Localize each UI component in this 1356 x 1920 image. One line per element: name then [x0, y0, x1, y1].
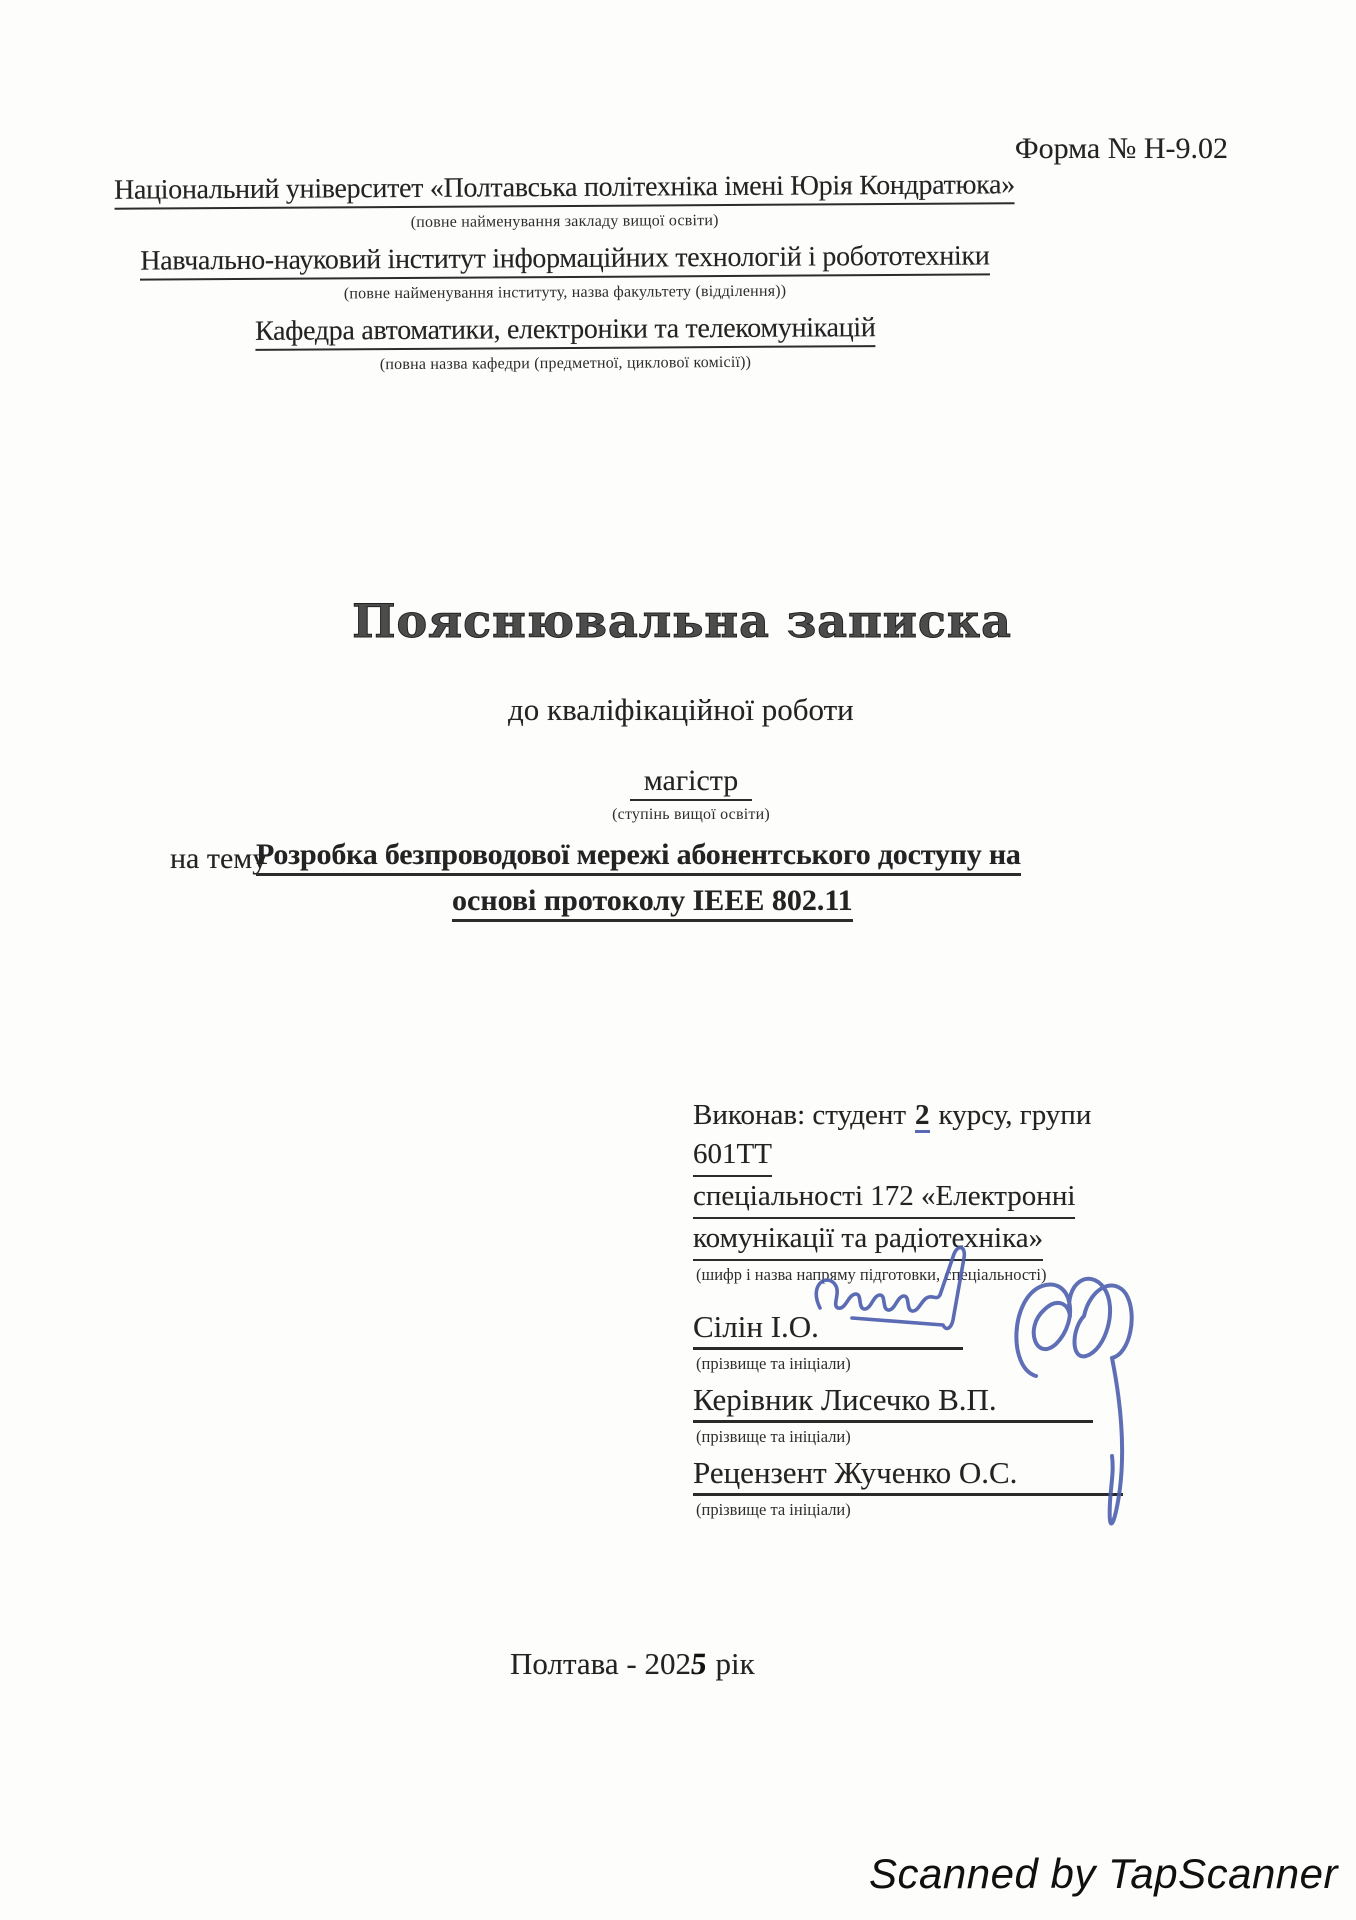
main-title: Пояснювальна записка	[0, 594, 1356, 648]
topic-line2-text: основі протоколу IEEE 802.11	[452, 884, 853, 922]
performed-suffix: курсу, групи	[939, 1099, 1092, 1131]
course-number: 2	[915, 1101, 930, 1133]
degree-block: магістр (ступінь вищої освіти)	[560, 764, 822, 824]
department-name-text: Кафедра автоматики, електроніки та телек…	[255, 312, 876, 351]
scanner-watermark: Scanned by TapScanner	[869, 1850, 1338, 1898]
topic-line1-text: Розробка безпроводової мережі абонентськ…	[256, 838, 1021, 876]
performed-line: Виконав: студент2курсу, групи	[693, 1096, 1153, 1135]
degree-caption: (ступінь вищої освіти)	[560, 806, 822, 824]
group-number: 601ТТ	[693, 1135, 772, 1177]
reviewer-name: Рецензент Жученко О.С.	[693, 1455, 1017, 1490]
specialty-line2: комунікації та радіотехніка»	[693, 1219, 1153, 1261]
reviewer-name-row: Рецензент Жученко О.С.	[693, 1453, 1123, 1496]
institute-name: Навчально-науковий інститут інформаційни…	[0, 240, 1130, 282]
document-header: Національний університет «Полтавська пол…	[0, 169, 1131, 389]
specialty-line2-text: комунікації та радіотехніка»	[693, 1219, 1043, 1261]
city-year-suffix: рік	[715, 1646, 754, 1681]
institute-caption: (повне найменування інституту, назва фак…	[0, 281, 1130, 306]
topic-line2: основі протоколу IEEE 802.11	[452, 884, 853, 922]
degree-value: магістр	[630, 764, 753, 801]
university-name-text: Національний університет «Полтавська пол…	[114, 169, 1015, 210]
subtitle: до кваліфікаційної роботи	[508, 692, 854, 728]
form-number: Форма № Н-9.02	[1015, 132, 1228, 166]
reviewer-name-caption: (прізвище та ініціали)	[696, 1499, 1153, 1520]
topic-line1: Розробка безпроводової мережі абонентськ…	[256, 838, 1021, 876]
city-year-prefix: Полтава - 202	[510, 1646, 691, 1681]
specialty-line1-text: спеціальності 172 «Електронні	[693, 1177, 1075, 1219]
city-year-line: Полтава - 2025рік	[510, 1646, 755, 1682]
student-name: Сілін І.О.	[693, 1309, 819, 1344]
specialty-line1: спеціальності 172 «Електронні	[693, 1177, 1153, 1219]
student-name-row: Сілін І.О.	[693, 1307, 963, 1350]
supervisor-name-row: Керівник Лисечко В.П.	[693, 1380, 1093, 1423]
university-caption: (повне найменування закладу вищої освіти…	[0, 210, 1130, 235]
department-caption: (повна назва кафедри (предметної, циклов…	[0, 352, 1130, 377]
student-name-caption: (прізвище та ініціали)	[696, 1353, 1153, 1374]
institute-name-text: Навчально-науковий інститут інформаційни…	[140, 240, 989, 280]
supervisor-name-caption: (прізвище та ініціали)	[696, 1426, 1153, 1447]
performed-prefix: Виконав: студент	[693, 1099, 906, 1131]
department-name: Кафедра автоматики, електроніки та телек…	[0, 311, 1130, 353]
supervisor-name: Керівник Лисечко В.П.	[693, 1382, 997, 1417]
university-name: Національний університет «Полтавська пол…	[0, 169, 1130, 211]
city-year-digit: 5	[689, 1646, 708, 1682]
specialty-caption: (шифр і назва напряму підготовки, спеціа…	[696, 1264, 1153, 1285]
topic-label: на тему	[170, 842, 267, 876]
scanned-title-page: Форма № Н-9.02 Національний університет …	[0, 0, 1356, 1920]
author-block: Виконав: студент2курсу, групи 601ТТ спец…	[693, 1096, 1153, 1526]
group-line: 601ТТ	[693, 1135, 1153, 1177]
